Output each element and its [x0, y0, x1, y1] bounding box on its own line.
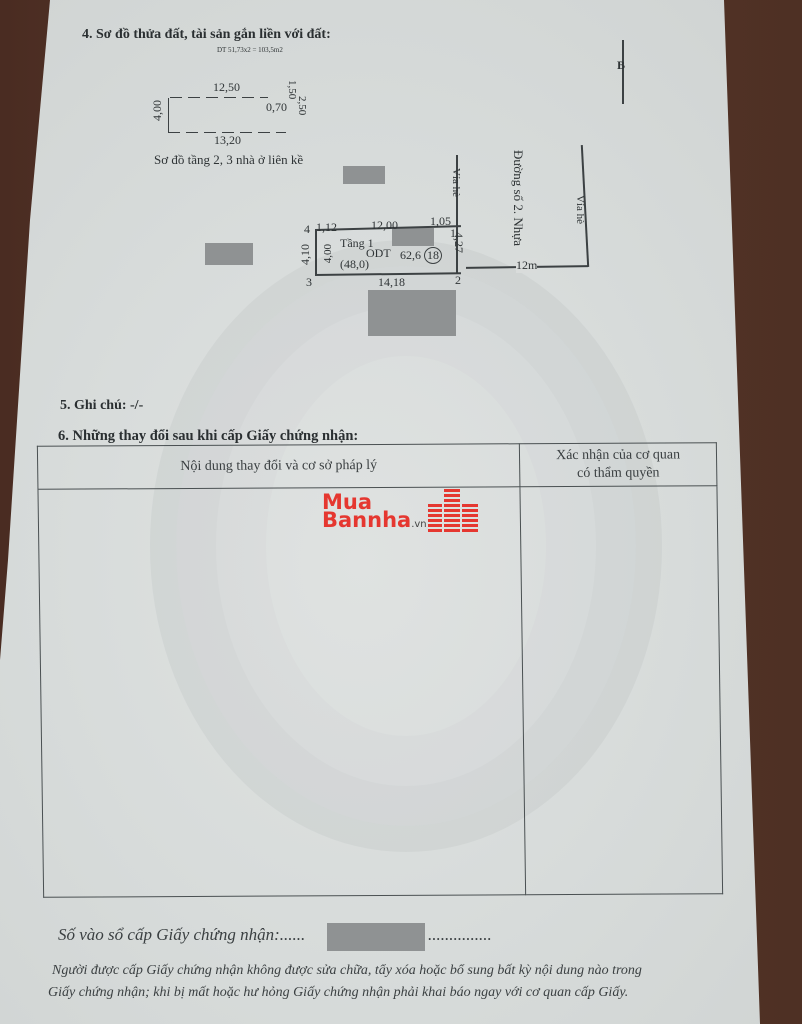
registry-label: Số vào sổ cấp Giấy chứng nhận: — [58, 925, 280, 944]
dim-inner: 4,00 — [322, 244, 334, 263]
corner-2: 2 — [455, 273, 461, 288]
redacted-registry-number — [327, 923, 425, 951]
road-name: Đường số 2. Nhựa — [510, 150, 526, 246]
watermark-line2: Bannha — [322, 508, 411, 532]
notice-line2: Giấy chứng nhận; khi bị mất hoặc hư hỏng… — [48, 982, 628, 1004]
north-arrow-label: B — [617, 58, 625, 73]
dim-top: 12,50 — [213, 80, 240, 95]
confirmation-cell — [520, 486, 723, 895]
dim-left: 4,10 — [298, 244, 313, 265]
redacted-block — [343, 166, 385, 184]
watermark-suffix: .vn — [411, 519, 426, 530]
redacted-block — [368, 290, 456, 336]
parcel-area: 62,6 — [400, 248, 421, 263]
dim-offset: 0,70 — [266, 100, 287, 115]
upper-plan-caption: Sơ đồ tầng 2, 3 nhà ở liên kề — [154, 152, 303, 168]
dim-top-left: 1,12 — [316, 220, 337, 235]
dim-bottom: 14,18 — [378, 275, 405, 290]
section5-title: 5. Ghi chú: -/- — [60, 398, 143, 414]
parcel-left-edge — [315, 229, 317, 274]
notice-line1: Người được cấp Giấy chứng nhận không đượ… — [52, 960, 642, 982]
registry-dots-after: ............... — [428, 925, 492, 945]
dim-top-right: 1,05 — [430, 214, 451, 229]
dim-right: 4,27 — [451, 232, 466, 253]
corner-4: 4 — [304, 222, 310, 237]
dim-bottom: 13,20 — [214, 133, 241, 148]
column-header-line: Xác nhận của cơ quan — [556, 447, 680, 463]
column-header-line: có thẩm quyền — [577, 466, 660, 481]
certificate-page: 4. Sơ đồ thửa đất, tài sản gắn liền với … — [0, 0, 802, 1024]
registry-dots: ...... — [280, 925, 306, 944]
changes-cell — [38, 487, 526, 898]
dim-top: 12,00 — [371, 218, 398, 233]
parcel-number: 18 — [424, 247, 442, 264]
registry-number-line: Số vào sổ cấp Giấy chứng nhận:...... — [58, 925, 305, 945]
area-note: DT 51,73x2 = 103,5m2 — [217, 46, 283, 54]
column-header-changes: Nội dung thay đổi và cơ sở pháp lý — [37, 444, 520, 490]
redacted-block — [205, 243, 253, 265]
plan-top-edge — [170, 97, 268, 98]
table-row — [38, 486, 723, 898]
building-icon — [428, 488, 480, 534]
watermark-logo: Mua Bannha.vn — [322, 493, 427, 534]
corner-3: 3 — [306, 275, 312, 290]
land-use-code: ODT — [366, 246, 391, 261]
sidewalk-left-label: Vỉa hè — [450, 168, 462, 197]
road-width: 12m — [516, 258, 537, 273]
section6-title: 6. Những thay đổi sau khi cấp Giấy chứng… — [58, 428, 358, 445]
dim-right-b: 2,50 — [296, 96, 308, 115]
redacted-block — [392, 228, 434, 246]
plan-left-edge — [168, 98, 169, 132]
sidewalk-right-label: Vỉa hè — [574, 195, 586, 224]
floor-area: (48,0) — [340, 257, 369, 272]
section4-title: 4. Sơ đồ thửa đất, tài sản gắn liền với … — [82, 27, 331, 43]
column-header-confirmation: Xác nhận của cơ quan có thẩm quyền — [519, 443, 717, 487]
dim-left: 4,00 — [150, 100, 165, 121]
